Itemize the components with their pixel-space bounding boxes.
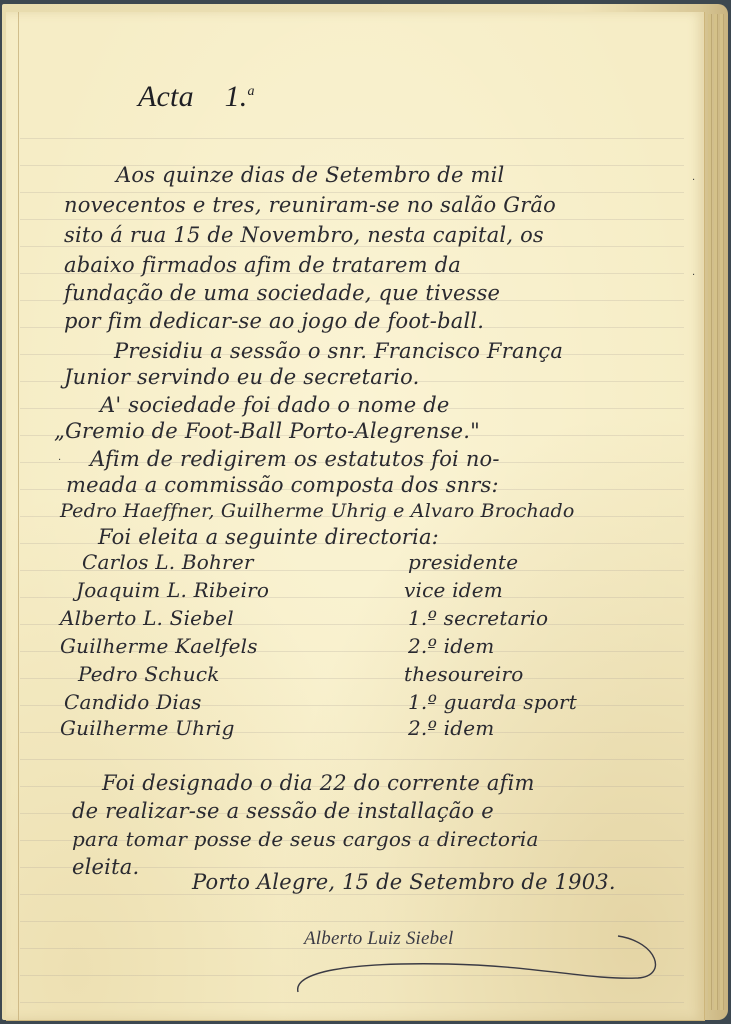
member-role: 2.º idem xyxy=(408,634,494,658)
page-edge xyxy=(720,14,724,1010)
text-line: eleita. xyxy=(72,854,139,881)
book-scan: Acta 1.a Aos quinze dias de Setembro de … xyxy=(0,0,731,1024)
page-edge xyxy=(708,14,712,1010)
text-line: abaixo firmados afim de tratarem da xyxy=(64,252,461,279)
margin-mark: . xyxy=(692,172,695,183)
member-name: Guilherme Kaelfels xyxy=(60,634,258,658)
member-role: 2.º idem xyxy=(408,716,494,740)
member-name: Carlos L. Bohrer xyxy=(82,550,254,574)
text-line: de realizar-se a sessão de installação e xyxy=(72,798,494,825)
margin-mark: . xyxy=(692,267,695,278)
member-role: presidente xyxy=(408,550,518,574)
text-line: Presidiu a sessão o snr. Francisco Franç… xyxy=(114,338,563,365)
member-name: Candido Dias xyxy=(64,690,202,714)
document-title: Acta 1.a xyxy=(138,80,255,114)
member-role: vice idem xyxy=(404,578,503,602)
text-line: Aos quinze dias de Setembro de mil xyxy=(116,162,504,189)
text-line: meada a commissão composta dos snrs: xyxy=(66,472,499,499)
margin-line xyxy=(18,12,19,1020)
place-date: Porto Alegre, 15 de Setembro de 1903. xyxy=(192,870,616,894)
text-line: por fim dedicar-se ao jogo de foot-ball. xyxy=(64,308,484,335)
page-stack: Acta 1.a Aos quinze dias de Setembro de … xyxy=(2,4,728,1020)
margin-mark: . xyxy=(58,452,61,463)
page-edge xyxy=(714,14,718,1010)
title-number: 1. xyxy=(225,80,248,113)
member-role: thesoureiro xyxy=(404,662,524,686)
text-line: fundação de uma sociedade, que tivesse xyxy=(64,280,500,307)
text-line: para tomar posse de seus cargos a direct… xyxy=(72,826,539,853)
signature-flourish-icon xyxy=(288,932,668,1002)
text-line: Afim de redigirem os estatutos foi no- xyxy=(90,446,500,473)
text-line: „Gremio de Foot-Ball Porto-Alegrense." xyxy=(54,418,480,445)
document-page: Acta 1.a Aos quinze dias de Setembro de … xyxy=(6,12,705,1021)
member-name: Alberto L. Siebel xyxy=(60,606,234,630)
text-line: Foi eleita a seguinte directoria: xyxy=(98,524,439,551)
member-role: 1.º guarda sport xyxy=(408,690,577,714)
member-name: Pedro Schuck xyxy=(78,662,220,686)
text-line: novecentos e tres, reuniram-se no salão … xyxy=(64,192,556,219)
member-role: 1.º secretario xyxy=(408,606,548,630)
text-line: A' sociedade foi dado o nome de xyxy=(100,392,450,419)
text-line: sito á rua 15 de Novembro, nesta capital… xyxy=(64,222,544,249)
member-name: Joaquim L. Ribeiro xyxy=(76,578,269,602)
text-line: Pedro Haeffner, Guilherme Uhrig e Alvaro… xyxy=(60,498,575,525)
title-superscript: a xyxy=(248,84,255,99)
member-name: Guilherme Uhrig xyxy=(60,716,235,740)
title-word: Acta xyxy=(138,80,194,113)
text-line: Junior servindo eu de secretario. xyxy=(64,364,420,391)
text-line: Foi designado o dia 22 do corrente afim xyxy=(102,770,535,797)
